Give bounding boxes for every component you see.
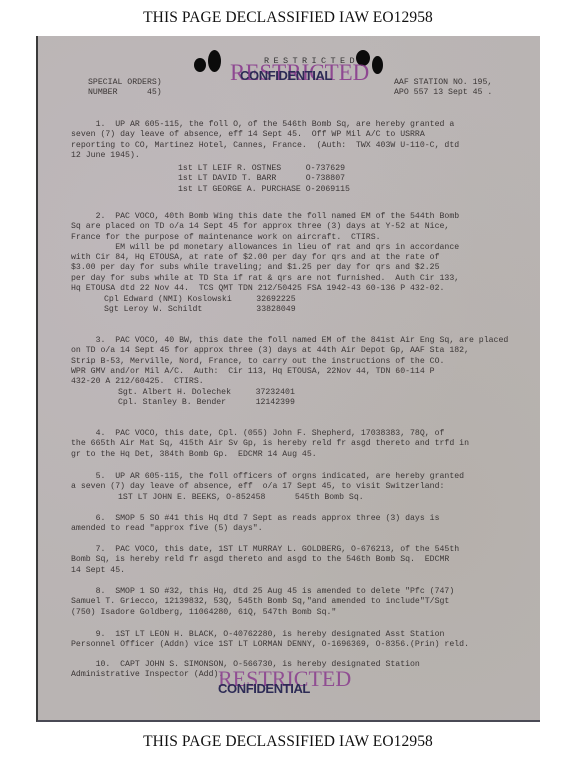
scanned-document-page: RESTRICTED RESTRICTED CONFIDENTIAL SPECI… xyxy=(36,36,540,722)
paragraph-2: 2. PAC VOCO, 40th Bomb Wing this date th… xyxy=(71,212,533,294)
station-date-header: AAF STATION NO. 195, APO 557 13 Sept 45 … xyxy=(394,78,492,99)
paragraph-6: 6. SMOP 5 SO #41 this Hq dtd 7 Sept as r… xyxy=(71,514,533,535)
paragraph-9: 9. 1ST LT LEON H. BLACK, O-40762280, is … xyxy=(71,630,533,651)
confidential-stamp: CONFIDENTIAL xyxy=(218,684,310,694)
paragraph-8: 8. SMOP 1 SO #32, this Hq, dtd 25 Aug 45… xyxy=(71,587,533,618)
paragraph-5-names: 1ST LT JOHN E. BEEKS, O-852458 545th Bom… xyxy=(118,493,364,503)
paragraph-2-names: Cpl Edward (NMI) Koslowski 32692225 Sgt … xyxy=(104,295,296,316)
order-number-header: SPECIAL ORDERS) NUMBER 45) xyxy=(88,78,162,99)
declassified-banner-top: THIS PAGE DECLASSIFIED IAW EO12958 xyxy=(0,9,576,27)
paragraph-1-names: 1st LT LEIF R. OSTNES O-737629 1st LT DA… xyxy=(178,164,350,195)
bottom-classification-stamp: RESTRICTED CONFIDENTIAL xyxy=(218,676,398,704)
paragraph-7: 7. PAC VOCO, this date, 1ST LT MURRAY L.… xyxy=(71,545,533,576)
paragraph-3: 3. PAC VOCO, 40 BW, this date the foll n… xyxy=(71,336,533,387)
confidential-stamp: CONFIDENTIAL xyxy=(240,71,332,81)
classification-stamp: RESTRICTED CONFIDENTIAL xyxy=(230,68,380,92)
paragraph-1: 1. UP AR 605-115, the foll O, of the 546… xyxy=(71,120,533,161)
declassified-banner-bottom: THIS PAGE DECLASSIFIED IAW EO12958 xyxy=(0,733,576,751)
punch-hole-icon xyxy=(208,50,221,72)
punch-hole-icon xyxy=(194,58,206,72)
paragraph-5: 5. UP AR 605-115, the foll officers of o… xyxy=(71,472,533,493)
paragraph-4: 4. PAC VOCO, this date, Cpl. (055) John … xyxy=(71,429,533,460)
paragraph-3-names: Sgt. Albert H. Dolechek 37232401 Cpl. St… xyxy=(118,388,295,409)
